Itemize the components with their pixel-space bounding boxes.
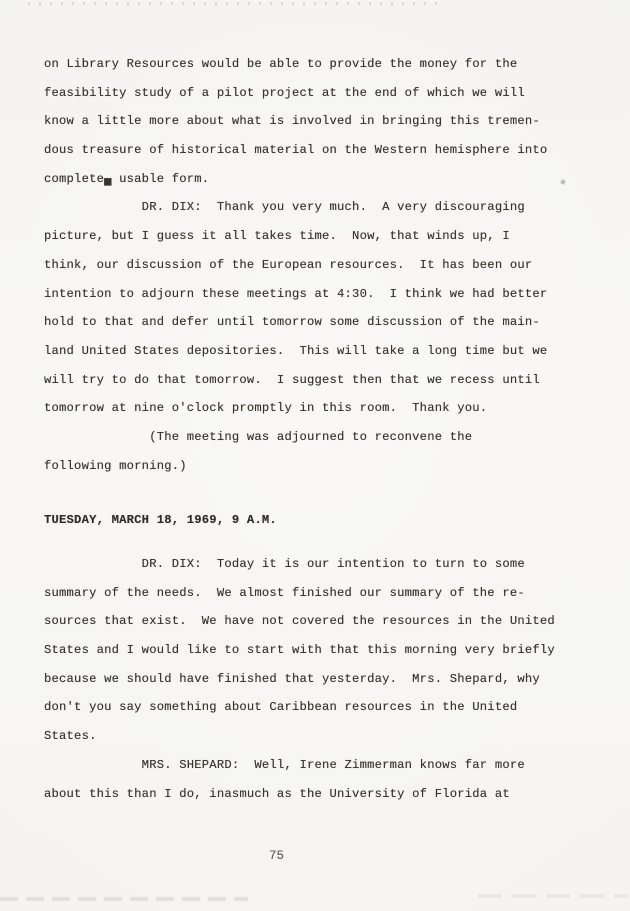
text-line: DR. DIX: Thank you very much. A very dis… bbox=[44, 193, 604, 222]
scan-artifact-bottom-left-smudge bbox=[0, 897, 248, 901]
text-line: intention to adjourn these meetings at 4… bbox=[44, 280, 604, 309]
text-line: land United States depositories. This wi… bbox=[44, 337, 604, 366]
page-number: 75 bbox=[269, 849, 284, 863]
text-line: TUESDAY, MARCH 18, 1969, 9 A.M. bbox=[44, 506, 604, 535]
text-line: picture, but I guess it all takes time. … bbox=[44, 222, 604, 251]
text-line: tomorrow at nine o'clock promptly in thi… bbox=[44, 394, 604, 423]
text-line: because we should have finished that yes… bbox=[44, 665, 604, 694]
text-line: summary of the needs. We almost finished… bbox=[44, 579, 604, 608]
scanned-document-page: on Library Resources would be able to pr… bbox=[0, 0, 630, 911]
date-heading: TUESDAY, MARCH 18, 1969, 9 A.M. bbox=[44, 506, 604, 535]
text-line: MRS. SHEPARD: Well, Irene Zimmerman know… bbox=[44, 751, 604, 780]
text-line: don't you say something about Caribbean … bbox=[44, 693, 604, 722]
paragraph: DR. DIX: Today it is our intention to tu… bbox=[44, 550, 604, 808]
text-line: States. bbox=[44, 722, 604, 751]
paragraph: on Library Resources would be able to pr… bbox=[44, 50, 604, 480]
text-line: on Library Resources would be able to pr… bbox=[44, 50, 604, 79]
text-line: DR. DIX: Today it is our intention to tu… bbox=[44, 550, 604, 579]
text-line: will try to do that tomorrow. I suggest … bbox=[44, 366, 604, 395]
text-line: complete▄ usable form. bbox=[44, 165, 604, 194]
scan-artifact-top-specks bbox=[28, 2, 440, 5]
text-line: feasibility study of a pilot project at … bbox=[44, 79, 604, 108]
text-line: dous treasure of historical material on … bbox=[44, 136, 604, 165]
text-line: sources that exist. We have not covered … bbox=[44, 607, 604, 636]
text-line: (The meeting was adjourned to reconvene … bbox=[44, 423, 604, 452]
text-line: following morning.) bbox=[44, 452, 604, 481]
scan-artifact-bottom-mid-smudge bbox=[478, 894, 628, 898]
text-line: hold to that and defer until tomorrow so… bbox=[44, 308, 604, 337]
text-line: States and I would like to start with th… bbox=[44, 636, 604, 665]
text-line: think, our discussion of the European re… bbox=[44, 251, 604, 280]
typewritten-text: on Library Resources would be able to pr… bbox=[44, 50, 604, 808]
text-line: about this than I do, inasmuch as the Un… bbox=[44, 780, 604, 809]
text-line: know a little more about what is involve… bbox=[44, 107, 604, 136]
